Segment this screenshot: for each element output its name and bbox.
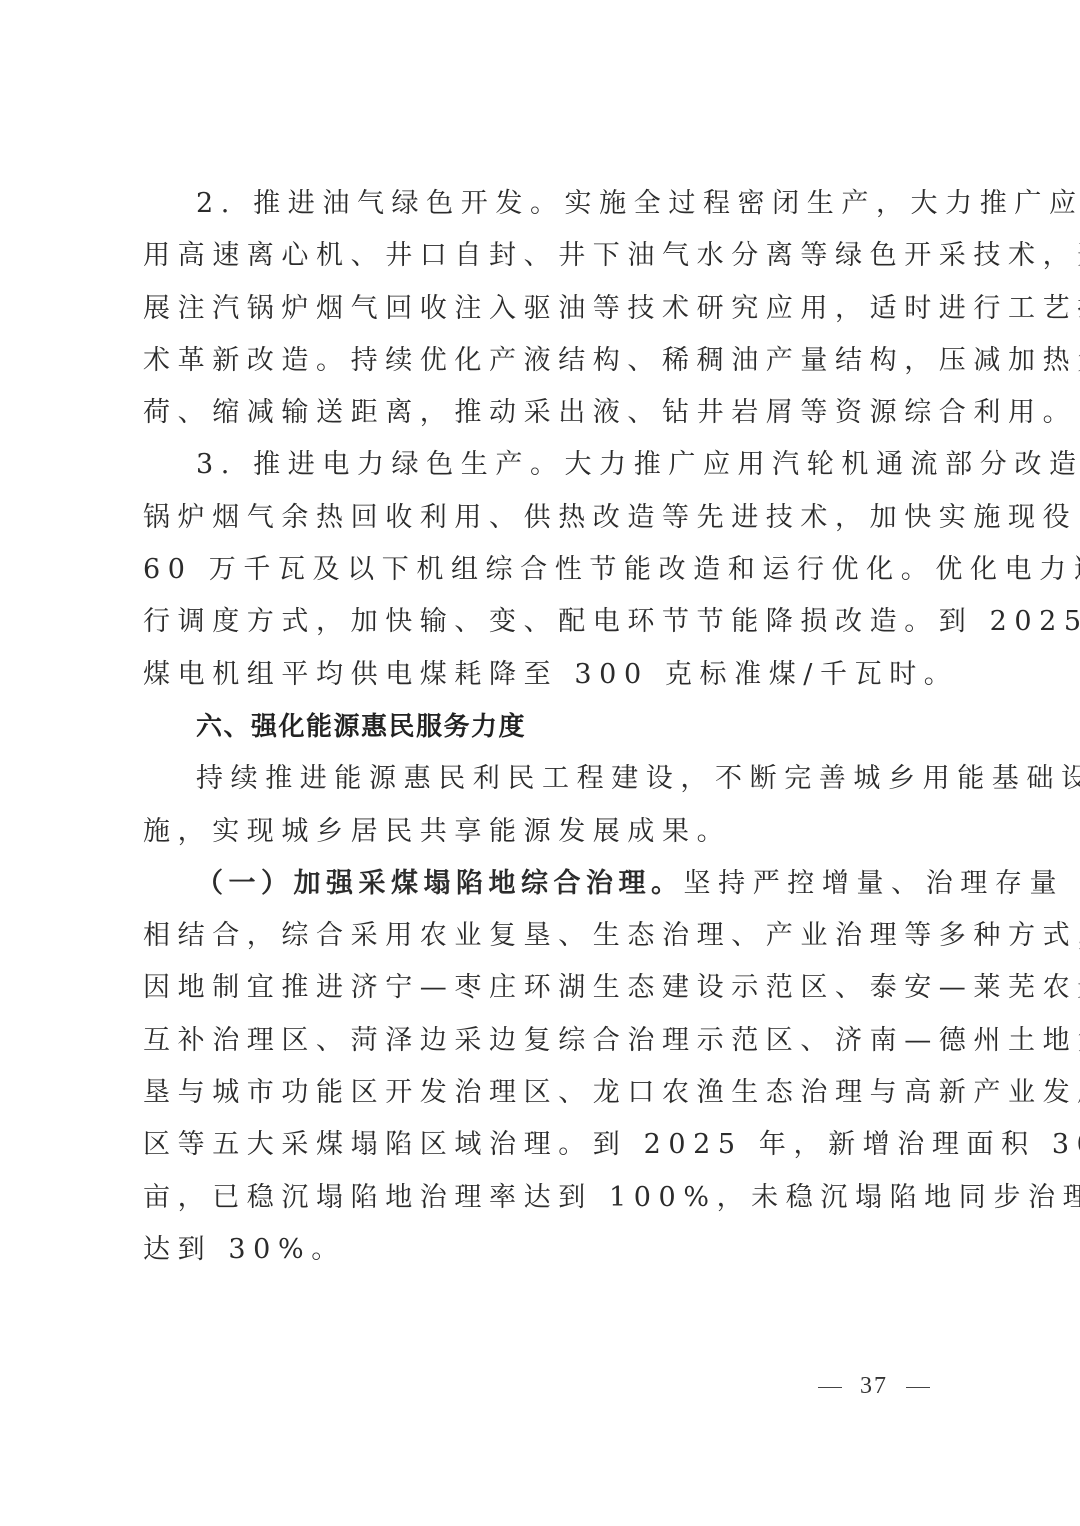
text-line: （一）加强采煤塌陷地综合治理。坚持严控增量、治理存量 bbox=[143, 858, 939, 910]
text-line: 展注汽锅炉烟气回收注入驱油等技术研究应用，适时进行工艺技 bbox=[143, 283, 939, 335]
paragraph-oil-gas-development: 2. 推进油气绿色开发。实施全过程密闭生产，大力推广应 用高速离心机、井口自封、… bbox=[143, 178, 939, 439]
section-heading: 六、强化能源惠民服务力度 bbox=[143, 701, 939, 753]
text-line: 区等五大采煤塌陷区域治理。到 2025 年，新增治理面积 30 万 bbox=[143, 1119, 939, 1171]
text-line: 互补治理区、菏泽边采边复综合治理示范区、济南—德州土地复 bbox=[143, 1015, 939, 1067]
text-line: 60 万千瓦及以下机组综合性节能改造和运行优化。优化电力运 bbox=[143, 544, 939, 596]
page-number-footer: 37 bbox=[800, 1373, 948, 1400]
paragraph-section-intro: 持续推进能源惠民利民工程建设，不断完善城乡用能基础设 施，实现城乡居民共享能源发… bbox=[143, 753, 939, 858]
document-page: 2. 推进油气绿色开发。实施全过程密闭生产，大力推广应 用高速离心机、井口自封、… bbox=[143, 178, 939, 1276]
text-line: 垦与城市功能区开发治理区、龙口农渔生态治理与高新产业发展 bbox=[143, 1067, 939, 1119]
text-line: 亩，已稳沉塌陷地治理率达到 100%，未稳沉塌陷地同步治理率 bbox=[143, 1172, 939, 1224]
text-line: 行调度方式，加快输、变、配电环节节能降损改造。到 2025 年， bbox=[143, 596, 939, 648]
text-line: 持续推进能源惠民利民工程建设，不断完善城乡用能基础设 bbox=[143, 753, 939, 805]
text-line: 煤电机组平均供电煤耗降至 300 克标准煤/千瓦时。 bbox=[143, 649, 939, 701]
text-line: 2. 推进油气绿色开发。实施全过程密闭生产，大力推广应 bbox=[143, 178, 939, 230]
text-line: 因地制宜推进济宁—枣庄环湖生态建设示范区、泰安—莱芜农光 bbox=[143, 962, 939, 1014]
text-run: 坚持严控增量、治理存量 bbox=[684, 868, 1065, 899]
dash-decoration bbox=[906, 1387, 930, 1389]
text-line: 术革新改造。持续优化产液结构、稀稠油产量结构，压减加热负 bbox=[143, 335, 939, 387]
text-line: 达到 30%。 bbox=[143, 1224, 939, 1276]
subsection-lead: （一）加强采煤塌陷地综合治理。 bbox=[196, 868, 684, 899]
text-line: 锅炉烟气余热回收利用、供热改造等先进技术，加快实施现役 bbox=[143, 492, 939, 544]
dash-decoration bbox=[818, 1387, 842, 1389]
text-line: 用高速离心机、井口自封、井下油气水分离等绿色开采技术，开 bbox=[143, 230, 939, 282]
text-line: 施，实现城乡居民共享能源发展成果。 bbox=[143, 806, 939, 858]
paragraph-subsidence-treatment: （一）加强采煤塌陷地综合治理。坚持严控增量、治理存量 相结合，综合采用农业复垦、… bbox=[143, 858, 939, 1276]
text-line: 荷、缩减输送距离，推动采出液、钻井岩屑等资源综合利用。 bbox=[143, 387, 939, 439]
paragraph-power-green-production: 3. 推进电力绿色生产。大力推广应用汽轮机通流部分改造、 锅炉烟气余热回收利用、… bbox=[143, 439, 939, 700]
text-line: 相结合，综合采用农业复垦、生态治理、产业治理等多种方式， bbox=[143, 910, 939, 962]
page-number: 37 bbox=[860, 1373, 888, 1399]
text-line: 3. 推进电力绿色生产。大力推广应用汽轮机通流部分改造、 bbox=[143, 439, 939, 491]
